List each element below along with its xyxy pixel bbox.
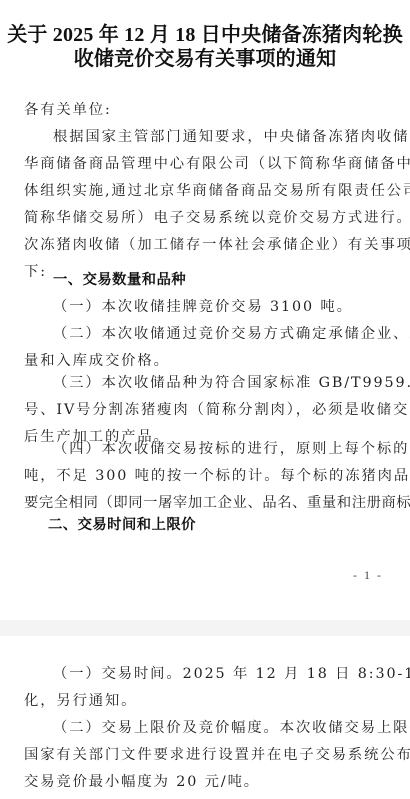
section-2-item-2-line: 国家有关部门文件要求进行设置并在电子交易系统公布，本次 — [24, 745, 386, 765]
section-1-item-4-line: 要完全相同（即同一屠宰加工企业、品名、重量和注册商标等）。 — [24, 493, 386, 513]
section-1-item-4-line: （四）本次收储交易按标的进行，原则上每个标的为 300 — [53, 439, 386, 459]
section-1-item-3-line: （三）本次收储品种为符合国家标准 GB/T9959.2 的国产II — [53, 373, 386, 393]
page-separator — [0, 620, 410, 636]
section-1-item-4-line: 吨，不足 300 吨的按一个标的计。每个标的冻猪肉品质与包装 — [24, 466, 386, 486]
section-1-heading: 一、交易数量和品种 — [53, 270, 386, 290]
section-1-item-2-line: 量和入库成交价格。 — [24, 351, 386, 371]
section-2-item-2-line: 交易竞价最小幅度为 20 元/吨。 — [24, 772, 386, 792]
section-1-item-1: （一）本次收储挂牌竞价交易 3100 吨。 — [53, 297, 386, 317]
intro-line: 华商储备商品管理中心有限公司（以下简称华商储备中心）具 — [24, 154, 386, 174]
section-1-item-3-line: 号、IV号分割冻猪瘦肉（简称分割肉），必须是收储交易日之 — [24, 400, 386, 420]
document-title-line-1: 关于 2025 年 12 月 18 日中央储备冻猪肉轮换 — [0, 24, 410, 47]
section-2-item-1-line: 化，另行通知。 — [24, 691, 386, 711]
intro-line: 根据国家主管部门通知要求，中央储备冻猪肉收储工作由 — [53, 127, 386, 147]
document-page-1: 关于 2025 年 12 月 18 日中央储备冻猪肉轮换 收储竞价交易有关事项的… — [0, 0, 410, 620]
intro-line: 次冻猪肉收储（加工储存一体社会承储企业）有关事项通知如 — [24, 235, 386, 255]
salutation: 各有关单位: — [24, 100, 386, 120]
page-number: - 1 - — [353, 568, 383, 583]
section-2-item-2-line: （二）交易上限价及竞价幅度。本次收储交易上限价按照 — [53, 718, 386, 738]
intro-line: 简称华储交易所）电子交易系统以竞价交易方式进行。现就本 — [24, 208, 386, 228]
document-page-2: （一）交易时间。2025 年 12 月 18 日 8:30-16:30。如有变 … — [0, 636, 410, 799]
intro-line: 体组织实施,通过北京华商储备商品交易所有限责任公司（以下 — [24, 181, 386, 201]
section-1-item-2-line: （二）本次收储通过竞价交易方式确定承储企业、承储数 — [53, 324, 386, 344]
document-title-line-2: 收储竞价交易有关事项的通知 — [0, 48, 410, 71]
section-2-item-1-line: （一）交易时间。2025 年 12 月 18 日 8:30-16:30。如有变 — [53, 664, 386, 684]
section-2-heading: 二、交易时间和上限价 — [48, 515, 381, 535]
